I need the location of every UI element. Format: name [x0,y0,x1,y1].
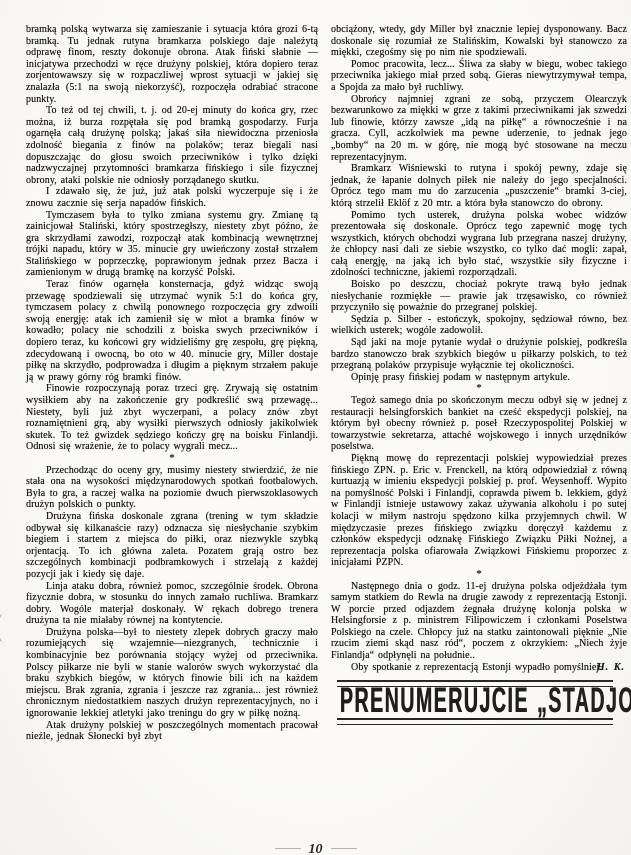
paragraph: Następnego dnia o godz. 11-ej drużyna po… [331,581,627,662]
paragraph: Sędzia p. Silber - estończyk, spokojny, … [331,314,627,337]
paragraph: Teraz finów ogarnęła konsternacja, gdyż … [26,279,318,383]
left-column: bramką polską wytwarza się zamieszanie i… [26,24,318,743]
paragraph: Drużyna fińska doskonale zgrana (trening… [26,511,318,581]
text-columns: bramką polską wytwarza się zamieszanie i… [26,24,622,743]
section-separator-asterisk: * [331,383,627,395]
banner-headline: PRENUMERUJCIE „STADJON“ [340,693,610,713]
paragraph: Piękną mowę do reprezentacji polskiej wy… [331,453,627,569]
paragraph: obciążony, wtedy, gdy Miller był znaczni… [331,24,627,59]
right-column: obciążony, wtedy, gdy Miller był znaczni… [331,24,627,743]
paragraph: I zdawało się, że już, już atak polski w… [26,186,318,209]
paragraph: Drużyna polska—był to niestety zlepek do… [26,627,318,720]
closing-text: Oby spotkanie z reprezentacją Estonji wy… [351,662,602,673]
paragraph: Finowie rozpoczynają poraz trzeci grę. Z… [26,383,318,453]
magazine-page-scan: bramką polską wytwarza się zamieszanie i… [0,0,631,855]
scan-artifact [0,614,9,642]
paragraph: Obrońcy najmniej zgrani ze sobą, przycze… [331,94,627,164]
subscription-advert-banner: PRENUMERUJCIE „STADJON“ [337,680,613,725]
paragraph: Pomoc pracowita, lecz... Śliwa za słaby … [331,59,627,94]
paragraph: Pomimo tych usterek, drużyna polska wobe… [331,210,627,280]
paragraph: Tymczasem była to tylko zmiana systemu g… [26,210,318,280]
banner-text-wrap: PRENUMERUJCIE „STADJON“ [337,687,613,718]
paragraph: Atak drużyny polskiej w poszczególnych m… [26,720,318,743]
section-separator-asterisk: * [331,569,627,581]
paragraph: Tegoż samego dnia po skończonym meczu od… [331,395,627,453]
paragraph: Przechodząc do oceny gry, musimy niestet… [26,465,318,511]
paragraph: bramką polską wytwarza się zamieszanie i… [26,24,318,105]
author-signature: H. K. [577,662,625,674]
paragraph: Sąd jaki na moje pytanie wydał o drużyni… [331,337,627,372]
closing-paragraph: Oby spotkanie z reprezentacją Estonji wy… [331,662,627,674]
paragraph: Linja ataku dobra, również pomoc, szczeg… [26,581,318,627]
page-number: 10 [0,842,631,855]
section-separator-asterisk: * [26,453,318,465]
paragraph: To też od tej chwili, t. j. od 20-ej min… [26,105,318,186]
paragraph: Bramkarz Wiśniewski to rutyna i spokój p… [331,163,627,209]
paragraph: Boisko po deszczu, chociaż pokryte trawą… [331,279,627,314]
